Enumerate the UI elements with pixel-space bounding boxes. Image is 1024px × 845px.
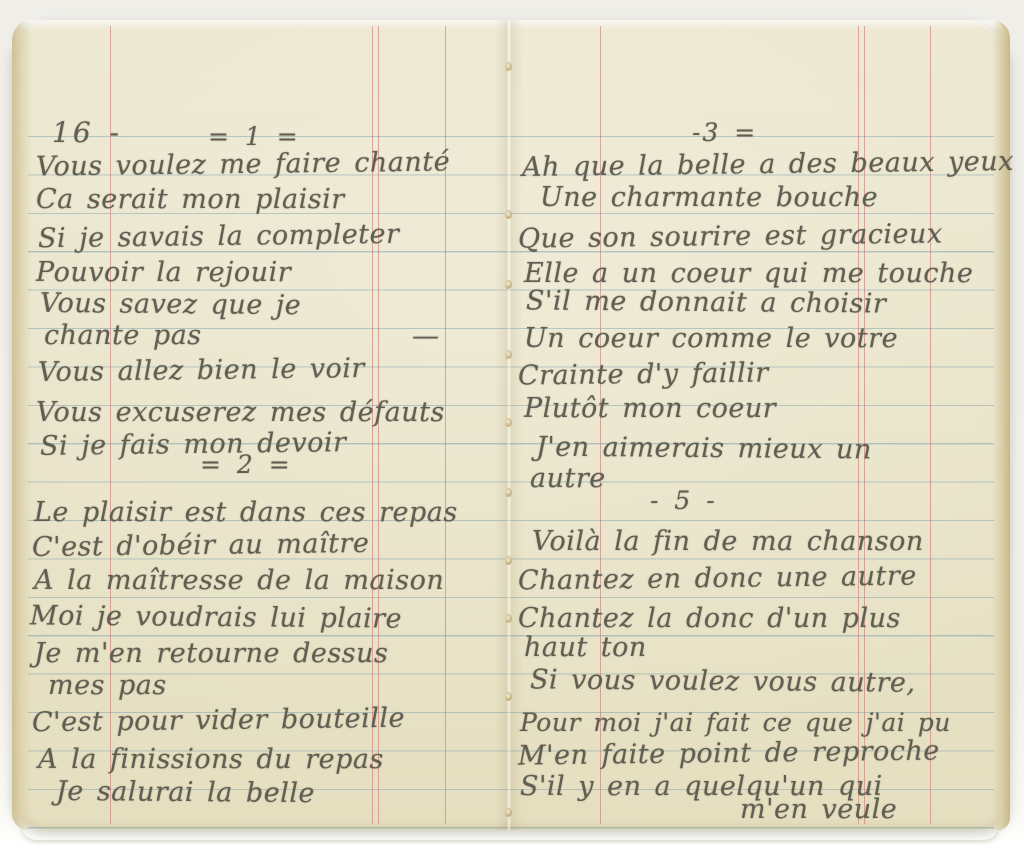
handwritten-line: Vous voulez me faire chanté	[36, 145, 450, 184]
stitch-hole	[505, 418, 512, 427]
handwritten-line: mes pas	[48, 669, 167, 703]
handwritten-line: m'en veule	[740, 793, 897, 827]
handwritten-line: Vous allez bien le voir	[38, 352, 365, 390]
page-stack-edge-left	[12, 20, 32, 830]
stitch-hole	[505, 210, 512, 219]
margin-line	[864, 26, 865, 824]
page-stack-edge-right	[992, 20, 1010, 830]
handwritten-line: autre	[530, 462, 606, 496]
handwritten-line: Que son sourire est gracieux	[518, 217, 943, 256]
handwritten-line: C'est d'obéir au maître	[32, 527, 370, 565]
verse-heading-2: = 2 =	[200, 448, 292, 482]
handwritten-line: Je salurai la belle	[56, 775, 315, 811]
handwritten-line: Le plaisir est dans ces repas	[34, 496, 458, 530]
margin-line	[858, 26, 859, 824]
handwritten-line: A la maîtresse de la maison	[34, 564, 444, 598]
verse-heading-5: - 5 -	[650, 484, 717, 518]
handwritten-line: Ah que la belle a des beaux yeux	[522, 145, 1014, 185]
handwritten-line: Pouvoir la rejouir	[36, 256, 291, 290]
verse-heading-3: -3 =	[692, 116, 757, 150]
handwritten-line: S'il me donnait a choisir	[526, 284, 887, 321]
handwritten-line: Un coeur comme le votre	[524, 322, 898, 356]
stitch-hole	[505, 808, 512, 817]
handwritten-line: Si je fais mon devoir	[40, 426, 347, 464]
handwritten-line: Chantez en donc une autre	[518, 560, 917, 599]
stray-dash-mark: —	[412, 320, 440, 354]
notebook: 16 - = 1 = Vous voulez me faire chanté C…	[12, 20, 1010, 830]
handwritten-line: Ca serait mon plaisir	[36, 183, 345, 217]
stitch-hole	[505, 350, 512, 359]
handwritten-line: Je m'en retourne dessus	[34, 637, 388, 671]
handwritten-line: Une charmante bouche	[540, 181, 878, 215]
handwritten-line: Voilà la fin de ma chanson	[532, 525, 924, 559]
handwritten-line: Vous savez que je	[40, 287, 301, 323]
stitch-hole	[505, 280, 512, 289]
handwritten-line: haut ton	[524, 631, 647, 665]
handwritten-line: Plutôt mon coeur	[524, 392, 776, 426]
handwritten-line: Crainte d'y faillir	[518, 356, 769, 393]
stitch-hole	[505, 62, 512, 71]
stitch-hole	[505, 556, 512, 565]
handwritten-line: chante pas	[44, 319, 202, 353]
handwritten-line: A la finissions du repas	[38, 743, 384, 777]
stitch-hole	[505, 488, 512, 497]
stitch-hole	[505, 692, 512, 701]
handwritten-line: C'est pour vider bouteille	[32, 702, 405, 741]
page-number: 16 -	[52, 116, 122, 150]
binding-fold	[495, 20, 523, 830]
handwritten-line: Moi je voudrais lui plaire	[30, 599, 402, 636]
notebook-scan: 16 - = 1 = Vous voulez me faire chanté C…	[0, 0, 1024, 845]
handwritten-line: Si je savais la completer	[38, 218, 400, 256]
handwritten-line: M'en faite point de reproche	[518, 734, 940, 773]
stitch-hole	[505, 614, 512, 623]
handwritten-line: Si vous voulez vous autre,	[530, 663, 916, 700]
handwritten-line: Vous excuserez mes défauts	[36, 396, 445, 430]
